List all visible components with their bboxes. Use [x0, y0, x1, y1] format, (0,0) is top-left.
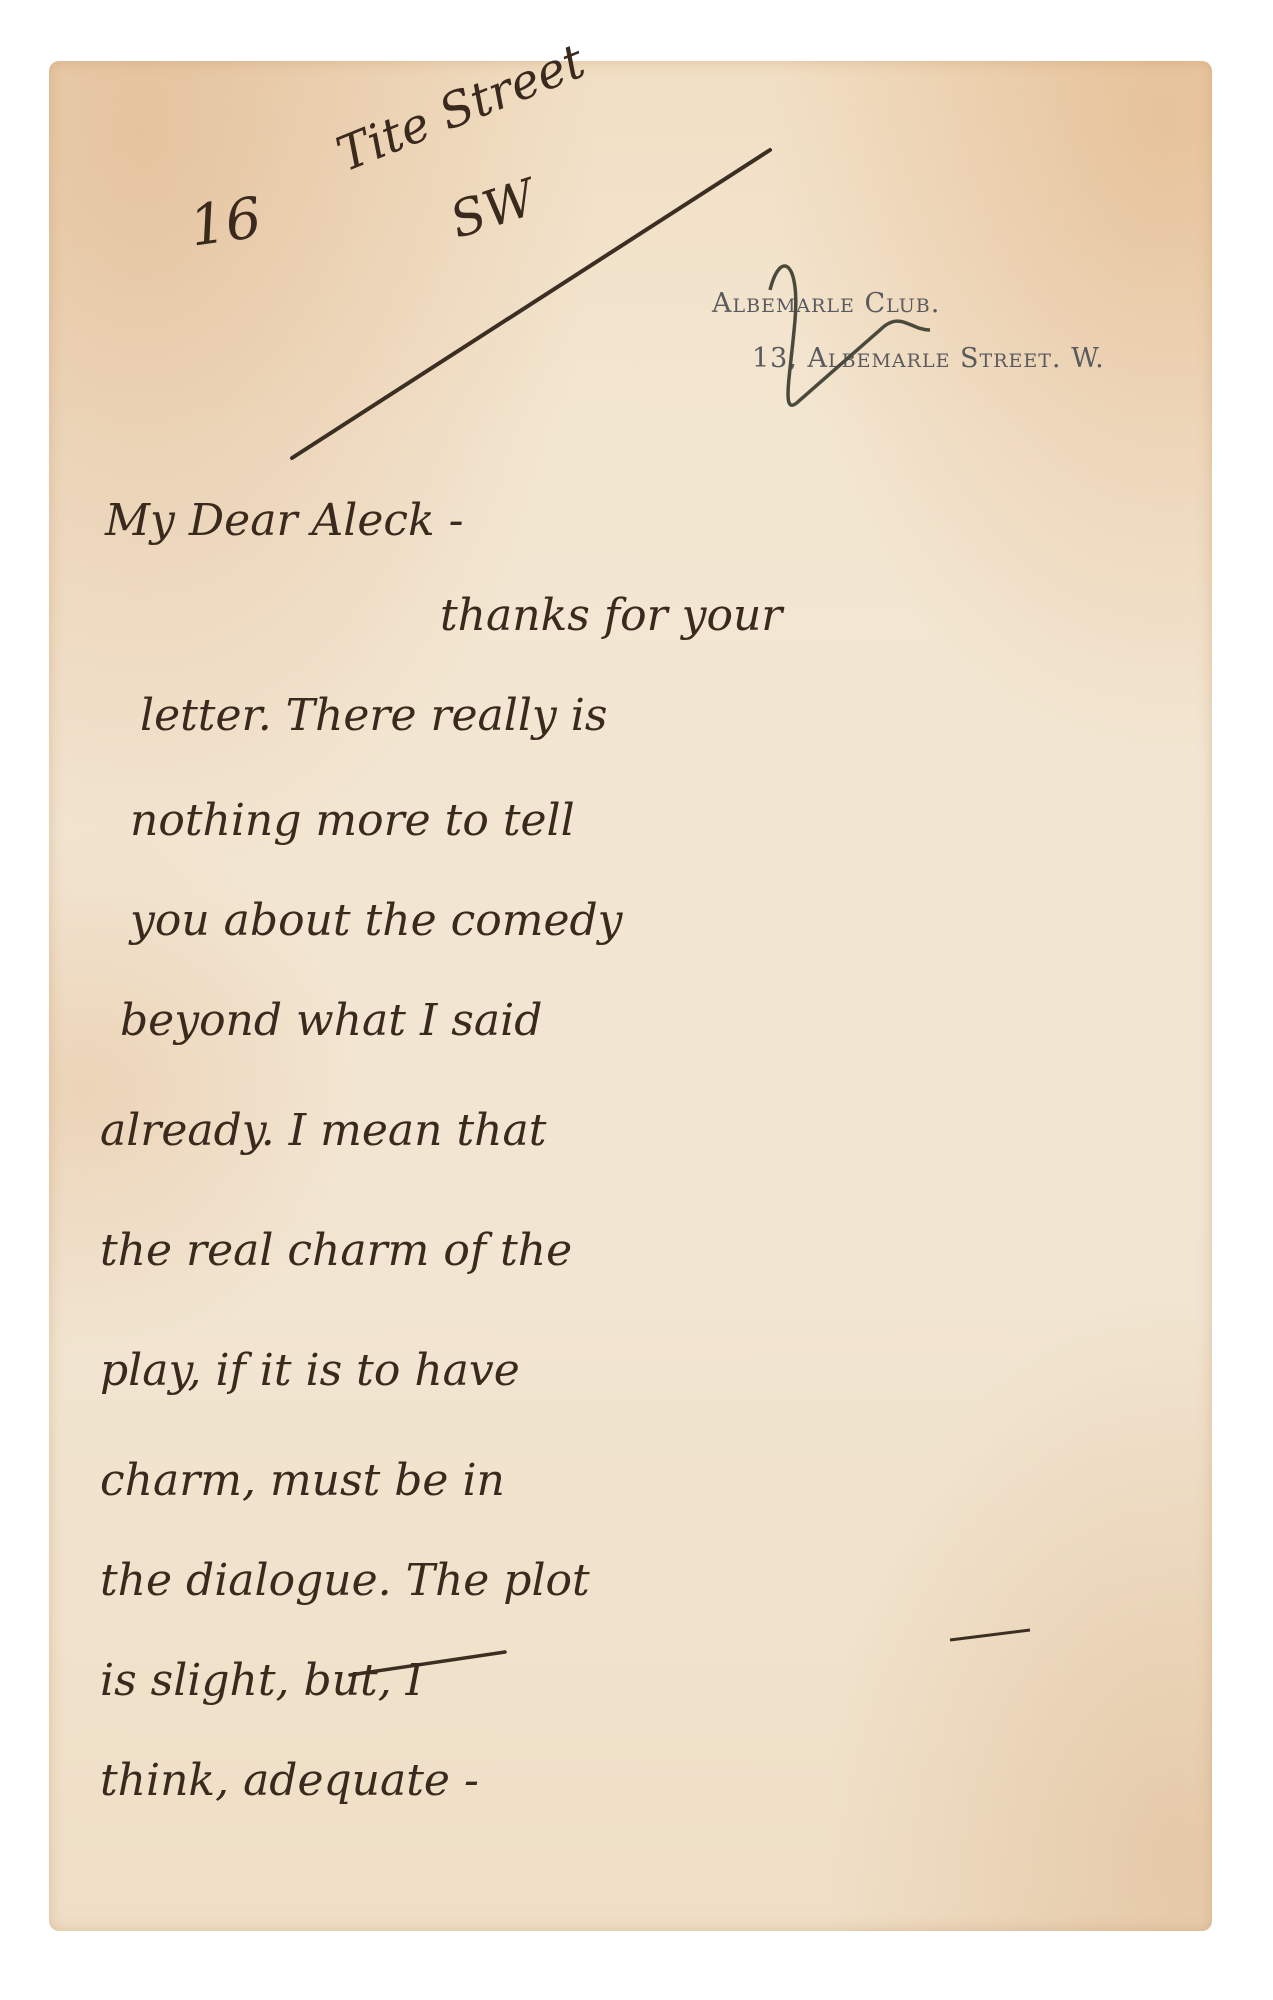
- letter-line: letter. There really is: [140, 690, 607, 741]
- letter-line: beyond what I said: [120, 995, 542, 1046]
- letter-line: the dialogue. The plot: [100, 1555, 590, 1606]
- letter-line: My Dear Aleck -: [105, 495, 464, 546]
- address-number: 16: [186, 185, 266, 259]
- letterhead-address: 13, Albemarle Street. W.: [752, 343, 1105, 374]
- letterhead-club-name: Albemarle Club.: [712, 288, 940, 319]
- letter-line: charm, must be in: [100, 1455, 505, 1506]
- letter-line: thanks for your: [440, 590, 782, 641]
- letter-line: nothing more to tell: [130, 795, 575, 846]
- letter-line: the real charm of the: [100, 1225, 572, 1276]
- letter-line: already. I mean that: [100, 1105, 546, 1156]
- letter-line: think, adequate -: [100, 1755, 479, 1806]
- letter-line: is slight, but, I: [100, 1655, 423, 1706]
- letter-line: you about the comedy: [130, 895, 623, 946]
- letter-line: play, if it is to have: [100, 1345, 520, 1396]
